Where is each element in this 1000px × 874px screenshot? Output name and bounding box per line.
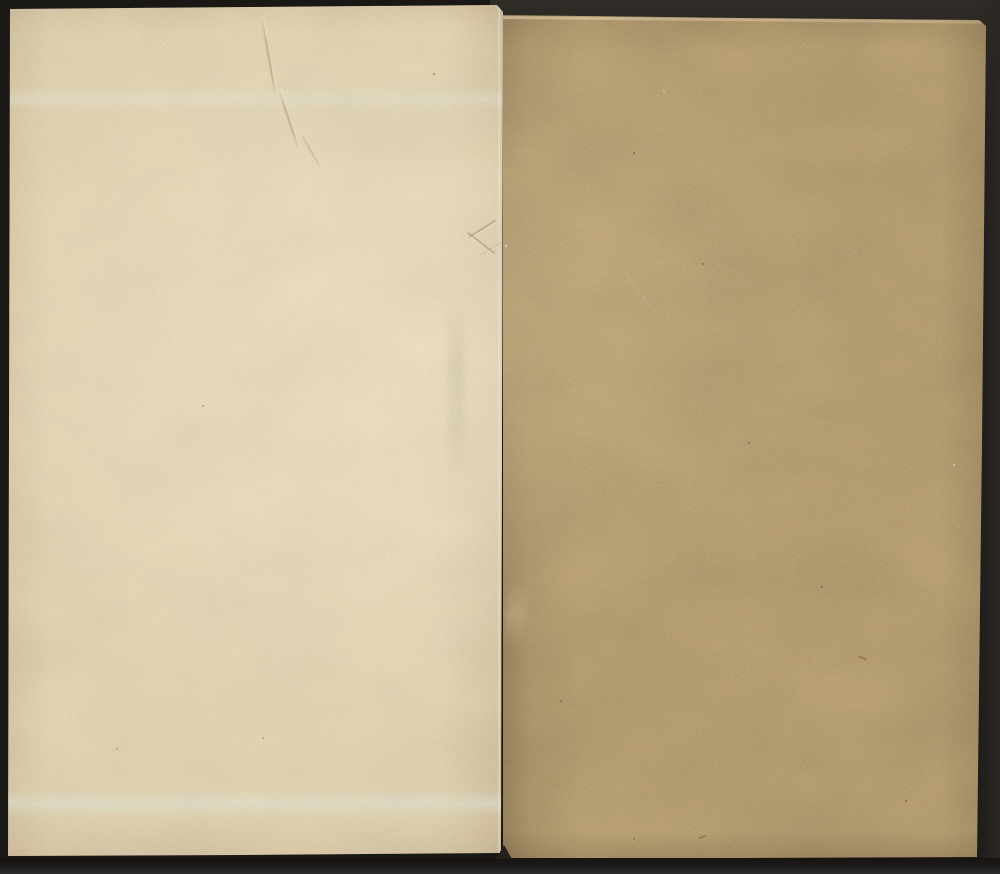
- left-page-faint-smudge: [448, 300, 464, 480]
- right-page-light-streak: [502, 579, 531, 647]
- left-page-gutter-edge-highlight: [497, 5, 500, 853]
- book-scan: [0, 0, 1000, 874]
- left-page-crease-line: [299, 131, 324, 172]
- dogear-impression-line: [467, 232, 495, 255]
- left-page-crease-line: [261, 18, 277, 97]
- paper-fiber: [698, 835, 706, 839]
- left-page-light-band-upper: [10, 88, 502, 110]
- left-page-light-band-lower: [8, 790, 502, 816]
- paper-fiber: [858, 655, 867, 660]
- light-specks: [0, 0, 2, 2]
- right-page-scratch-mark: [606, 249, 677, 338]
- scan-background-bottom-strip: [0, 858, 1000, 874]
